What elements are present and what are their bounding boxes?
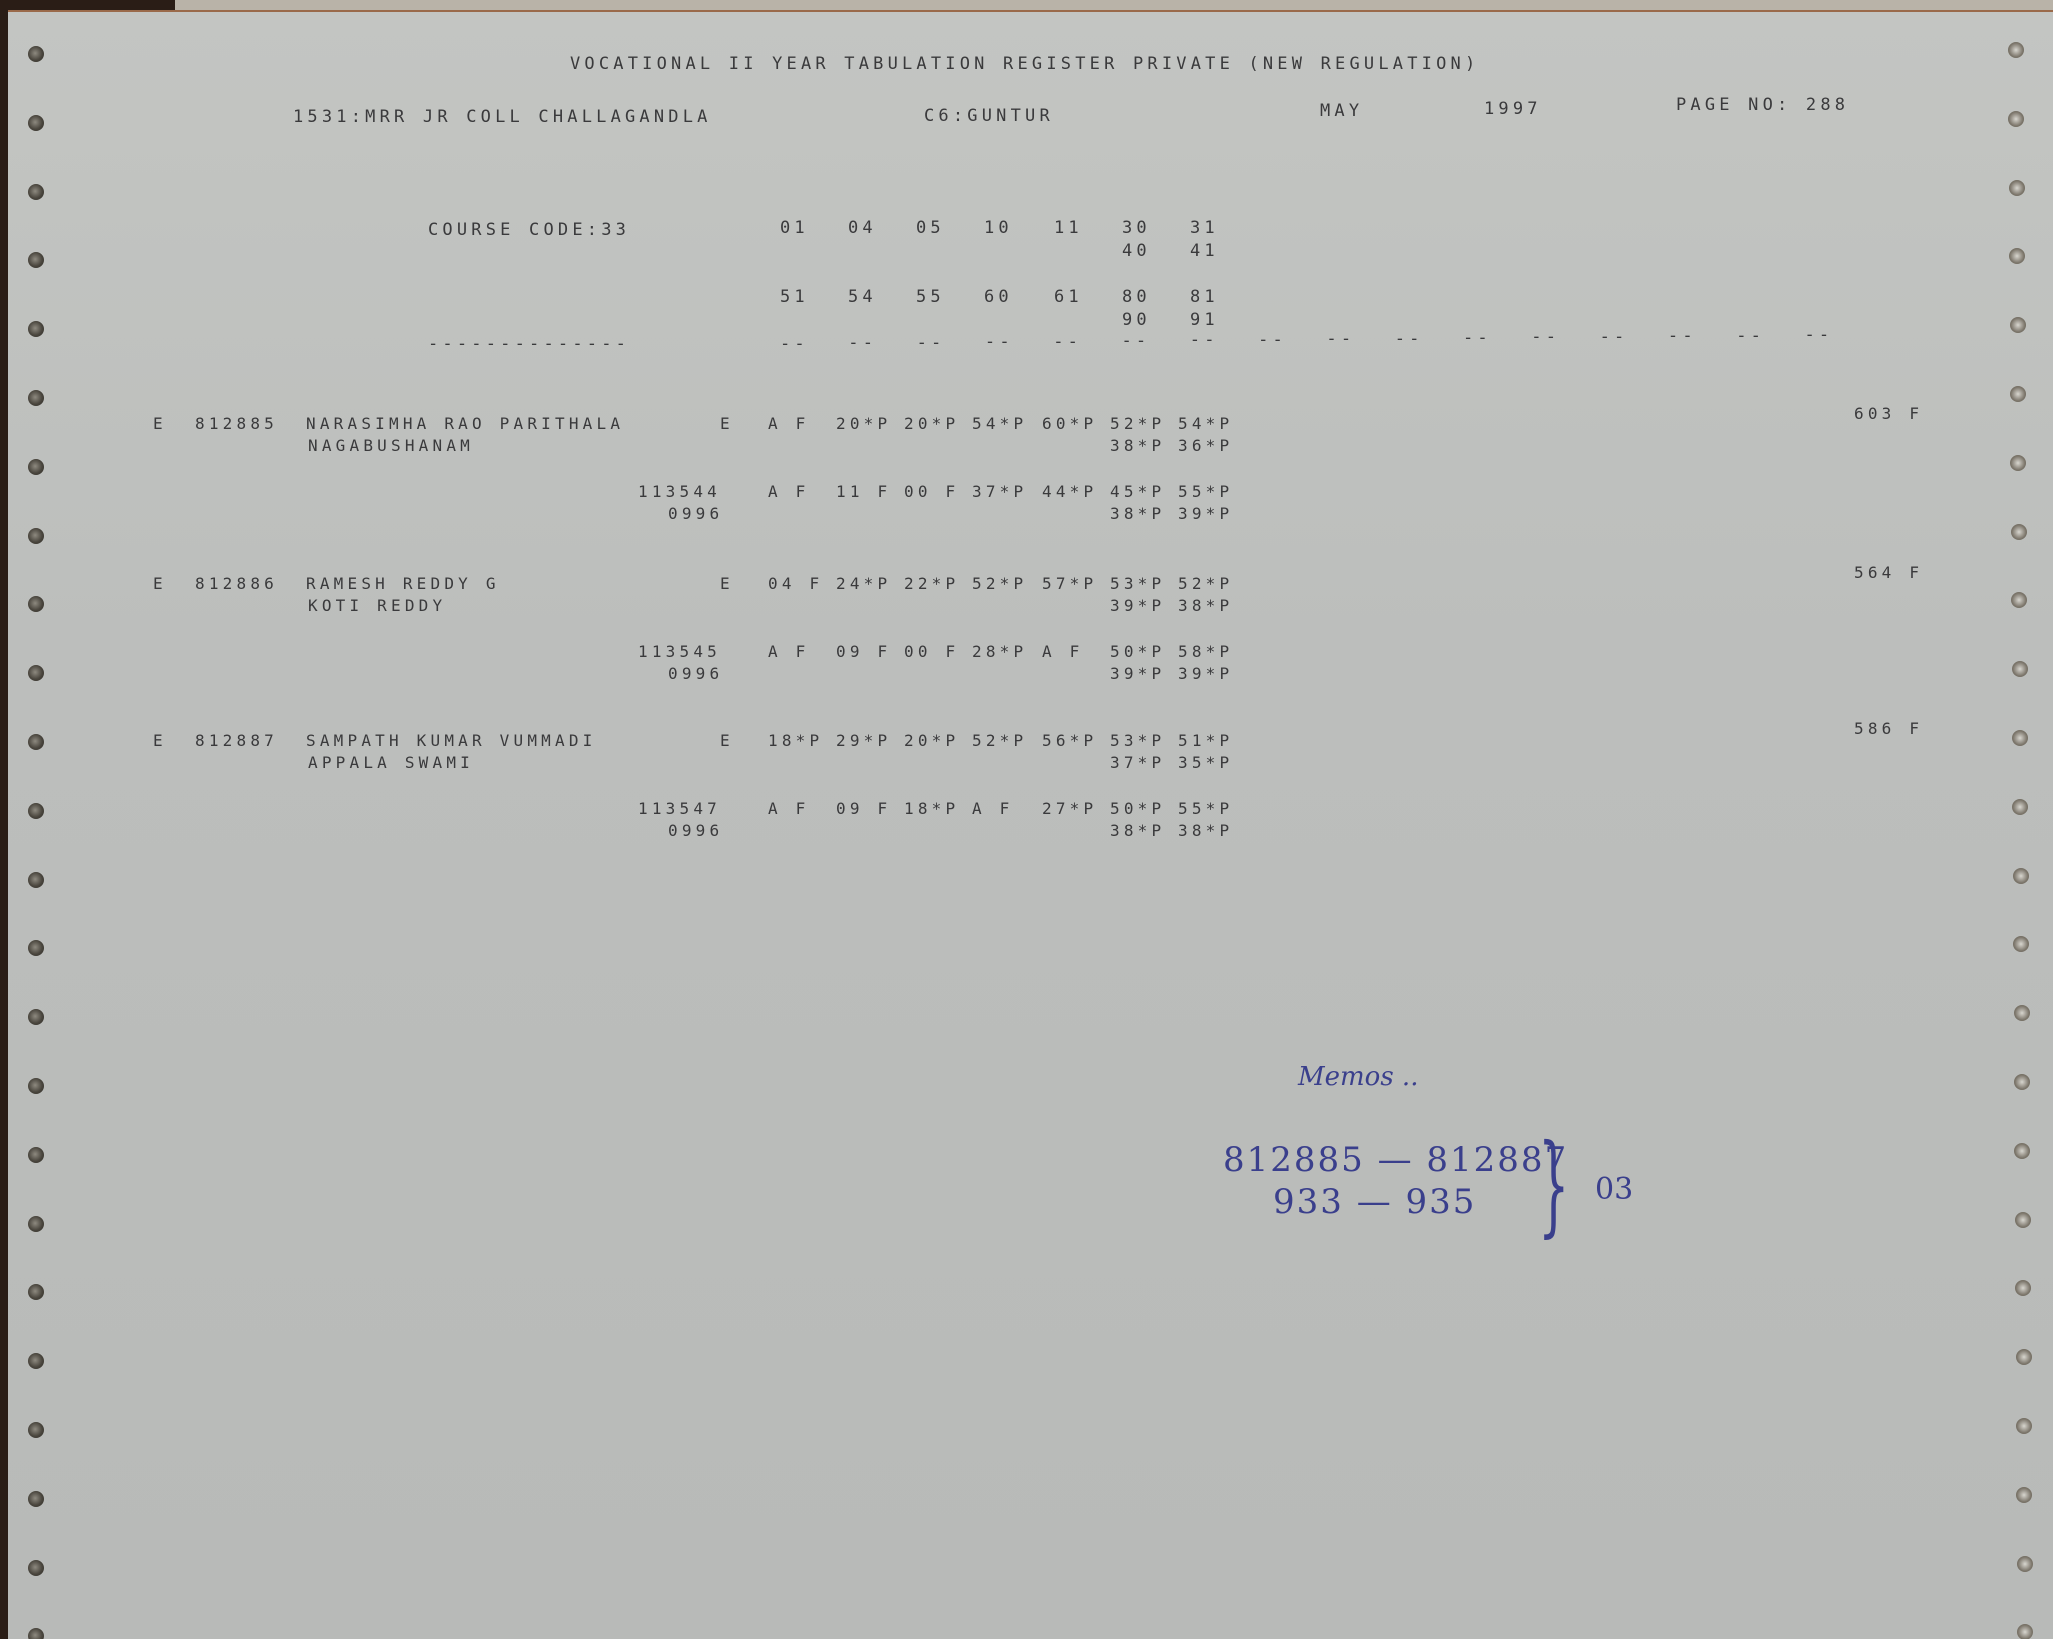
subject-code: 41 <box>1190 241 1219 261</box>
subject-mark: 35*P <box>1178 753 1233 772</box>
subject-mark: 09 F <box>836 642 891 661</box>
tractor-hole-icon <box>28 1284 44 1300</box>
tractor-hole-icon <box>2010 455 2026 471</box>
subject-mark: A F <box>768 799 810 818</box>
subject-mark: 55*P <box>1178 799 1233 818</box>
tractor-hole-icon <box>2012 730 2028 746</box>
subject-mark: 56*P <box>1042 731 1097 750</box>
subject-mark: 54*P <box>1178 414 1233 433</box>
tractor-hole-icon <box>28 803 44 819</box>
column-divider: -- <box>1531 327 1560 347</box>
memo-brace: } <box>1538 1120 1570 1248</box>
hall-ticket-number: 812886 <box>195 574 278 593</box>
exam-month: MAY <box>1320 101 1363 121</box>
serial-number: 113544 <box>638 482 721 501</box>
tractor-hole-icon <box>28 321 44 337</box>
column-divider: -- <box>985 332 1014 352</box>
subject-code: 54 <box>848 287 877 307</box>
subject-code: 80 <box>1122 287 1151 307</box>
subject-code: 31 <box>1190 218 1219 238</box>
category-code: E <box>153 731 167 750</box>
subject-mark: 00 F <box>904 482 959 501</box>
column-divider: -- <box>1463 328 1492 348</box>
subject-code: 90 <box>1122 310 1151 330</box>
subject-code: 51 <box>780 287 809 307</box>
memo-range-hallticket: 812885 — 812887 <box>1223 1140 1568 1180</box>
tractor-hole-icon <box>28 184 44 200</box>
tractor-hole-icon <box>28 1216 44 1232</box>
subject-mark: 36*P <box>1178 436 1233 455</box>
column-divider: -- <box>848 333 877 353</box>
subject-mark: A F <box>972 799 1014 818</box>
tractor-hole-icon <box>28 872 44 888</box>
tractor-hole-icon <box>2011 592 2027 608</box>
memo-range-serial: 933 — 935 <box>1273 1182 1476 1222</box>
subject-mark: 38*P <box>1178 821 1233 840</box>
subject-mark: 27*P <box>1042 799 1097 818</box>
column-divider: -- <box>1258 330 1287 350</box>
tractor-hole-icon <box>2016 1487 2032 1503</box>
page-number: PAGE NO: 288 <box>1676 95 1849 115</box>
subject-mark: A F <box>768 482 810 501</box>
tractor-hole-icon <box>28 459 44 475</box>
subject-mark: 52*P <box>972 731 1027 750</box>
tractor-hole-icon <box>28 46 44 62</box>
subject-mark: 20*P <box>904 731 959 750</box>
tractor-hole-icon <box>2010 317 2026 333</box>
tabulation-sheet: VOCATIONAL II YEAR TABULATION REGISTER P… <box>8 10 2053 1639</box>
subject-mark: 58*P <box>1178 642 1233 661</box>
column-divider: -- <box>780 334 809 354</box>
subject-mark: 39*P <box>1178 504 1233 523</box>
subject-mark: 22*P <box>904 574 959 593</box>
total-result: 603 F <box>1854 404 1923 423</box>
column-divider: -- <box>1122 331 1151 351</box>
column-divider: -- <box>1053 332 1082 352</box>
subject-mark: 54*P <box>972 414 1027 433</box>
column-divider: -- <box>1736 326 1765 346</box>
batch-code: 0996 <box>668 664 723 683</box>
subject-mark: 39*P <box>1110 596 1165 615</box>
tractor-hole-icon <box>28 1560 44 1576</box>
exam-year: 1997 <box>1484 99 1542 119</box>
tractor-hole-icon <box>28 1078 44 1094</box>
subject-mark: 18*P <box>904 799 959 818</box>
tractor-hole-icon <box>28 1147 44 1163</box>
subject-code: 01 <box>780 218 809 238</box>
medium-code: E <box>720 414 734 433</box>
hall-ticket-number: 812887 <box>195 731 278 750</box>
column-divider: -- <box>1805 325 1834 345</box>
batch-code: 0996 <box>668 821 723 840</box>
subject-mark: 24*P <box>836 574 891 593</box>
subject-mark: 20*P <box>836 414 891 433</box>
tractor-hole-icon <box>2017 1624 2033 1639</box>
column-divider: -- <box>1668 326 1697 346</box>
tractor-hole-icon <box>2009 248 2025 264</box>
course-code-label: COURSE CODE:33 <box>428 220 630 240</box>
tractor-hole-icon <box>28 390 44 406</box>
subject-mark: 52*P <box>1110 414 1165 433</box>
subject-code: 91 <box>1190 310 1219 330</box>
subject-mark: 57*P <box>1042 574 1097 593</box>
tractor-hole-icon <box>28 596 44 612</box>
tractor-hole-icon <box>2016 1349 2032 1365</box>
parent-name: NAGABUSHANAM <box>308 436 474 455</box>
tractor-hole-icon <box>2008 111 2024 127</box>
batch-code: 0996 <box>668 504 723 523</box>
memo-heading: Memos .. <box>1298 1062 1418 1092</box>
subject-mark: 38*P <box>1110 821 1165 840</box>
category-code: E <box>153 414 167 433</box>
subject-mark: 39*P <box>1178 664 1233 683</box>
subject-mark: 09 F <box>836 799 891 818</box>
tractor-hole-icon <box>2012 799 2028 815</box>
parent-name: KOTI REDDY <box>308 596 446 615</box>
subject-mark: 50*P <box>1110 642 1165 661</box>
subject-code: 10 <box>984 218 1013 238</box>
tractor-hole-icon <box>2012 661 2028 677</box>
tractor-hole-icon <box>28 734 44 750</box>
memo-count: 03 <box>1595 1172 1633 1207</box>
subject-mark: 29*P <box>836 731 891 750</box>
subject-code: 04 <box>848 218 877 238</box>
student-name: RAMESH REDDY G <box>306 574 500 593</box>
parent-name: APPALA SWAMI <box>308 753 474 772</box>
subject-code: 55 <box>916 287 945 307</box>
subject-mark: 04 F <box>768 574 823 593</box>
subject-mark: 38*P <box>1110 436 1165 455</box>
medium-code: E <box>720 731 734 750</box>
subject-mark: 52*P <box>972 574 1027 593</box>
tractor-hole-icon <box>2008 42 2024 58</box>
tractor-hole-icon <box>28 1628 44 1639</box>
subject-code: 30 <box>1122 218 1151 238</box>
tractor-hole-icon <box>28 665 44 681</box>
tractor-hole-icon <box>2013 868 2029 884</box>
category-code: E <box>153 574 167 593</box>
tractor-hole-icon <box>2016 1418 2032 1434</box>
subject-mark: 53*P <box>1110 574 1165 593</box>
column-divider: -- <box>1600 327 1629 347</box>
subject-mark: 55*P <box>1178 482 1233 501</box>
tractor-hole-icon <box>28 528 44 544</box>
tractor-hole-icon <box>2014 1143 2030 1159</box>
column-divider: -- <box>1190 330 1219 350</box>
subject-mark: A F <box>768 642 810 661</box>
subject-mark: 18*P <box>768 731 823 750</box>
column-divider: -- <box>1395 329 1424 349</box>
serial-number: 113545 <box>638 642 721 661</box>
column-divider: -- <box>1326 329 1355 349</box>
medium-code: E <box>720 574 734 593</box>
subject-mark: 51*P <box>1178 731 1233 750</box>
subject-mark: A F <box>768 414 810 433</box>
subject-mark: 45*P <box>1110 482 1165 501</box>
tractor-hole-icon <box>2014 1074 2030 1090</box>
tractor-hole-icon <box>2010 386 2026 402</box>
college-name: 1531:MRR JR COLL CHALLAGANDLA <box>293 107 712 127</box>
course-underline: -------------- <box>428 334 630 354</box>
subject-mark: A F <box>1042 642 1084 661</box>
total-result: 586 F <box>1854 719 1923 738</box>
subject-mark: 11 F <box>836 482 891 501</box>
hall-ticket-number: 812885 <box>195 414 278 433</box>
subject-mark: 50*P <box>1110 799 1165 818</box>
subject-mark: 38*P <box>1110 504 1165 523</box>
subject-mark: 20*P <box>904 414 959 433</box>
student-name: NARASIMHA RAO PARITHALA <box>306 414 624 433</box>
tractor-hole-icon <box>28 1353 44 1369</box>
subject-code: 40 <box>1122 241 1151 261</box>
subject-mark: 28*P <box>972 642 1027 661</box>
tractor-hole-icon <box>2017 1556 2033 1572</box>
subject-code: 60 <box>984 287 1013 307</box>
tractor-hole-icon <box>28 115 44 131</box>
tractor-hole-icon <box>2011 524 2027 540</box>
column-divider: -- <box>917 333 946 353</box>
subject-mark: 52*P <box>1178 574 1233 593</box>
tractor-hole-icon <box>2014 1005 2030 1021</box>
tractor-hole-icon <box>2013 936 2029 952</box>
subject-code: 81 <box>1190 287 1219 307</box>
subject-mark: 53*P <box>1110 731 1165 750</box>
register-title: VOCATIONAL II YEAR TABULATION REGISTER P… <box>570 54 1479 74</box>
subject-code: 05 <box>916 218 945 238</box>
subject-mark: 37*P <box>972 482 1027 501</box>
subject-mark: 38*P <box>1178 596 1233 615</box>
tractor-hole-icon <box>28 1009 44 1025</box>
tractor-hole-icon <box>2009 180 2025 196</box>
subject-code: 61 <box>1054 287 1083 307</box>
subject-code: 11 <box>1054 218 1083 238</box>
tractor-hole-icon <box>28 940 44 956</box>
tractor-hole-icon <box>28 1422 44 1438</box>
tractor-hole-icon <box>2015 1212 2031 1228</box>
tractor-hole-icon <box>28 1491 44 1507</box>
subject-mark: 60*P <box>1042 414 1097 433</box>
tractor-hole-icon <box>2015 1280 2031 1296</box>
serial-number: 113547 <box>638 799 721 818</box>
total-result: 564 F <box>1854 563 1923 582</box>
district-label: C6:GUNTUR <box>924 106 1054 126</box>
student-name: SAMPATH KUMAR VUMMADI <box>306 731 597 750</box>
subject-mark: 39*P <box>1110 664 1165 683</box>
subject-mark: 00 F <box>904 642 959 661</box>
tractor-hole-icon <box>28 252 44 268</box>
subject-mark: 37*P <box>1110 753 1165 772</box>
subject-mark: 44*P <box>1042 482 1097 501</box>
